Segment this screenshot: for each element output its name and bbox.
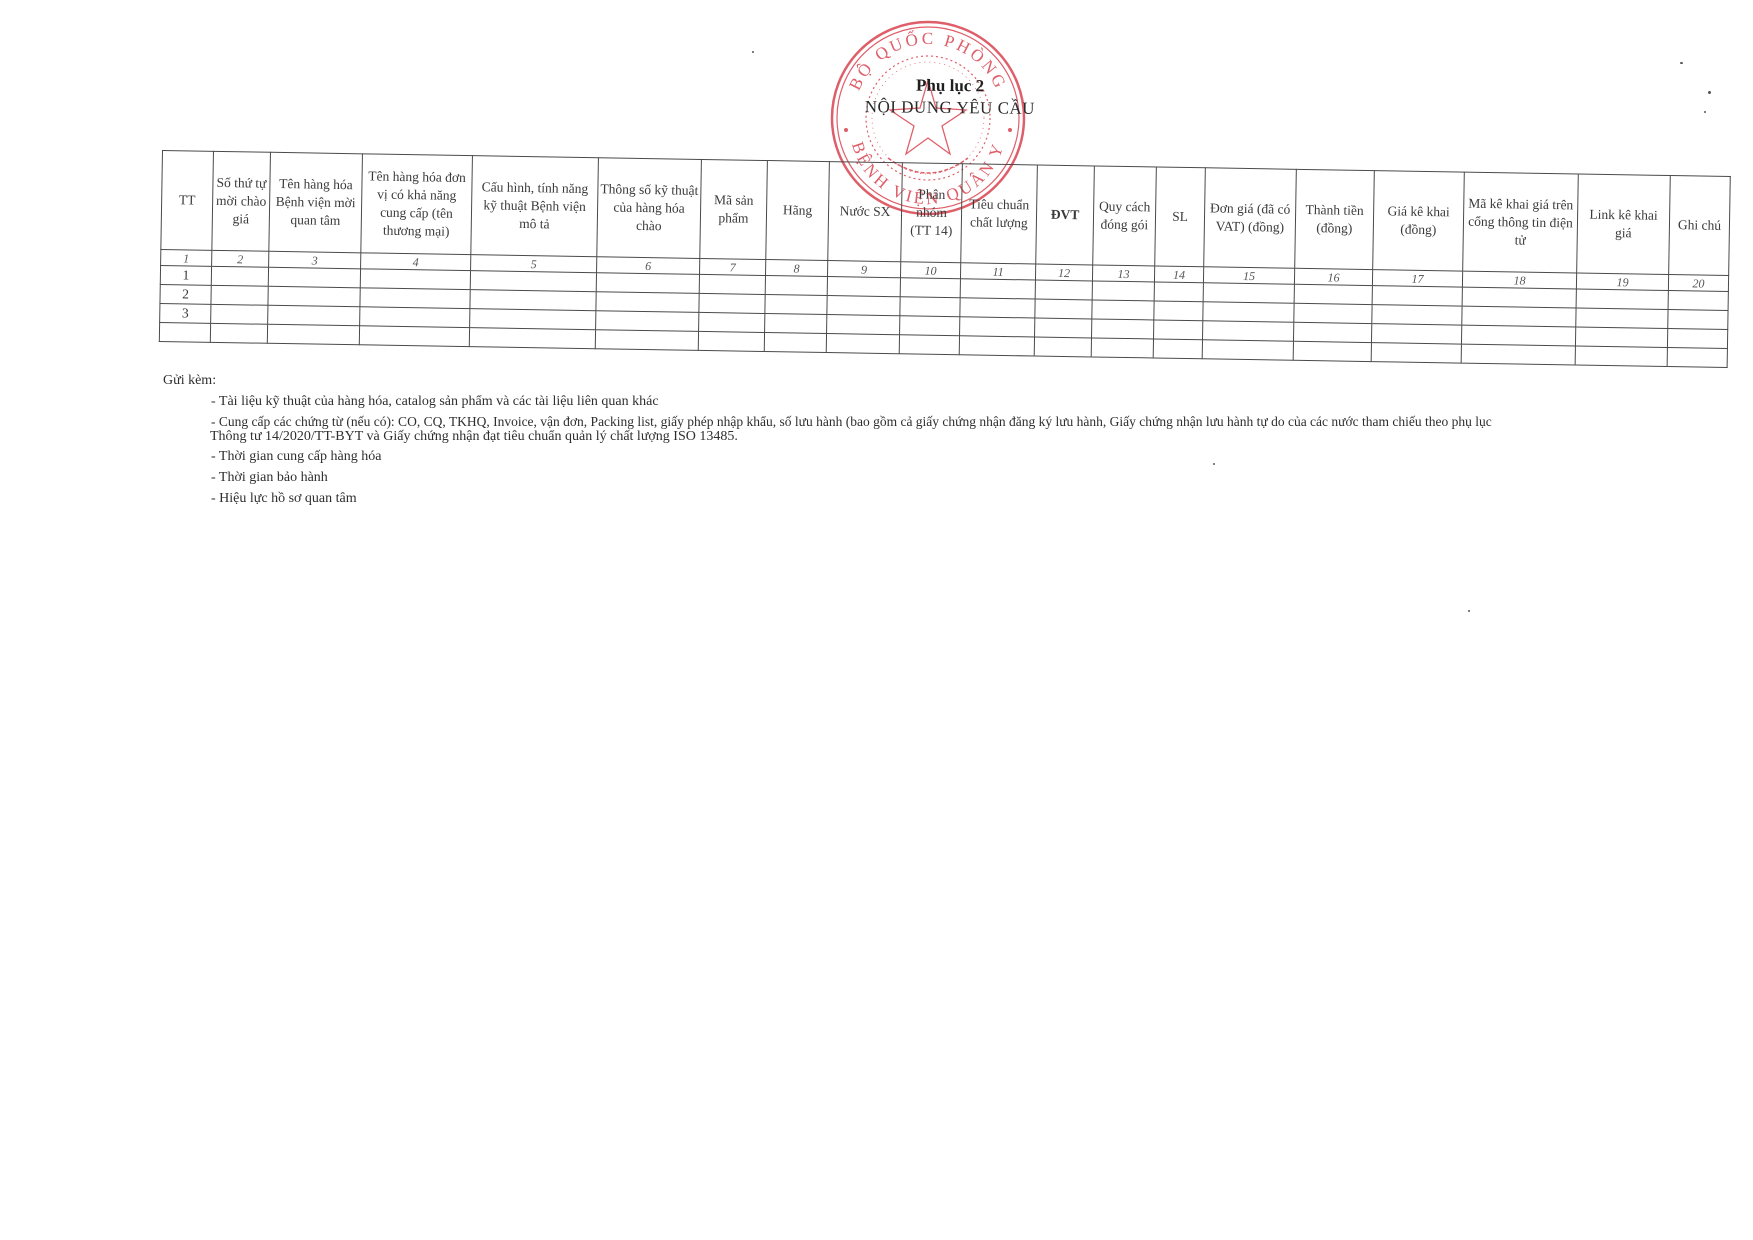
table-cell [900,316,960,336]
table-cell [765,276,827,296]
table-cell [1092,281,1154,301]
table-cell [1461,344,1575,365]
table-cell [360,307,470,328]
column-number: 18 [1462,271,1576,289]
table-cell [596,311,699,332]
scan-speck [1704,111,1706,113]
table-cell [826,334,899,354]
table-cell [1462,287,1576,308]
table-cell [827,296,900,316]
table-cell [469,328,595,349]
document-subtitle: NỘI DUNG YÊU CẦU [820,97,1080,120]
column-number: 16 [1294,268,1372,285]
table-cell [1667,328,1727,348]
table-cell [268,267,360,288]
table-cell [900,297,960,317]
table-cell [765,295,827,315]
column-number: 6 [597,257,700,275]
attachment-item: - Thời gian cung cấp hàng hóa [211,449,1723,465]
table-cell [1293,322,1371,342]
table-cell [1576,308,1668,329]
table-cell [1294,284,1372,304]
attachment-item-continuation: Thông tư 14/2020/TT-BYT và Giấy chứng nh… [210,430,1723,444]
table-cell [1035,318,1092,338]
table-cell [1462,306,1576,327]
attachment-item: - Thời gian bảo hành [211,470,1723,486]
table-cell [211,285,268,305]
attachment-item: - Cung cấp các chứng từ (nếu có): CO, CQ… [163,415,1723,444]
column-number: 17 [1372,270,1462,287]
table-cell [1154,301,1203,321]
table-cell [360,269,470,290]
table-cell [268,286,360,307]
table-cell [1372,286,1462,306]
appendix-title: Phụ lục 2 [820,75,1080,98]
table-cell [1034,337,1091,357]
table-cell [268,305,360,326]
column-header-declared-price: Giá kê khai (đồng) [1373,171,1465,271]
table-cell [1576,289,1668,310]
row-index [159,322,210,342]
column-header-price-declaration-link: Link kê khai giá [1577,174,1671,275]
attachments-list: - Tài liệu kỹ thuật của hàng hóa, catalo… [163,394,1723,507]
table-cell [1371,324,1461,344]
table-cell [596,292,699,313]
table-cell [1668,290,1728,310]
column-number: 14 [1154,266,1203,283]
column-number: 11 [960,263,1035,280]
column-number: 13 [1092,265,1154,282]
table-cell [1575,327,1667,348]
column-number: 7 [700,258,766,275]
table-cell [1153,339,1202,359]
requirements-table: TT Số thứ tự mời chào giá Tên hàng hóa B… [159,150,1731,368]
table-cell [1372,305,1462,325]
column-number: 15 [1203,267,1294,285]
table-cell [1294,303,1372,323]
table-cell [211,304,268,324]
table-cell [899,335,959,355]
table-cell [960,317,1035,337]
row-index: 2 [160,284,211,304]
table-cell [699,274,765,294]
column-header-unit-price: Đơn giá (đã có VAT) (đồng) [1204,168,1297,268]
table-cell [960,279,1035,299]
table-cell [698,331,764,351]
scan-speck [1680,62,1683,64]
column-number: 9 [827,261,900,278]
table-cell [1035,299,1092,319]
column-header-invitation-number: Số thứ tự mời chào giá [212,151,271,251]
column-header-product-code: Mã sản phẩm [700,159,768,259]
table-cell [210,323,267,343]
column-number: 3 [269,251,361,269]
column-header-quality-standard: Tiêu chuẩn chất lượng [961,164,1038,264]
column-header-supplier-trade-name: Tên hàng hóa đơn vị có khả năng cung cấp… [361,154,473,255]
table-cell [960,298,1035,318]
column-number: 1 [161,249,212,266]
table-cell [360,288,470,309]
column-header-unit: ĐVT [1036,165,1095,265]
table-cell [1203,302,1294,323]
table-cell [1575,346,1667,367]
scan-speck [1213,463,1215,465]
column-header-country-of-origin: Nước SX [828,162,903,262]
column-header-manufacturer: Hãng [766,161,830,261]
column-header-tt: TT [161,151,214,251]
scan-speck [1708,91,1711,94]
table-cell [764,333,826,353]
column-header-offered-spec: Thông số kỹ thuật của hàng hóa chào [597,158,702,259]
table-cell [470,309,596,330]
requirements-table-container: TT Số thứ tự mời chào giá Tên hàng hóa B… [159,150,1731,368]
scan-speck [1468,610,1470,612]
table-cell [1091,338,1153,358]
attachment-item: - Hiệu lực hồ sơ quan tâm [211,491,1723,507]
table-cell [959,336,1034,356]
column-number: 12 [1035,264,1092,281]
table-cell [1202,321,1293,342]
column-number: 19 [1576,273,1668,291]
table-cell [359,326,469,347]
column-header-packaging: Quy cách đóng gói [1093,166,1157,266]
table-cell [470,290,596,311]
column-number: 2 [212,250,269,267]
column-header-hospital-spec-description: Cấu hình, tính năng kỹ thuật Bệnh viện m… [471,156,599,257]
table-cell [1668,309,1728,329]
table-cell [1092,300,1154,320]
scanned-document-page: BỘ QUỐC PHÒNG BỆNH VIỆN QUÂN Y Phụ lục 2… [0,0,1753,1240]
table-cell [211,266,268,286]
column-number: 20 [1668,274,1728,291]
table-cell [699,293,765,313]
column-header-quantity: SL [1155,167,1206,267]
table-cell [1154,320,1203,340]
table-cell [595,330,698,351]
scan-speck [752,51,754,53]
table-cell [596,273,699,294]
table-cell [1203,283,1294,304]
table-cell [827,315,900,335]
table-cell [1154,282,1203,302]
table-cell [1035,280,1092,300]
row-index: 1 [160,265,211,285]
table-cell [1371,343,1461,363]
attachment-item: - Tài liệu kỹ thuật của hàng hóa, catalo… [211,394,1723,410]
row-index: 3 [160,303,211,323]
column-header-notes: Ghi chú [1669,176,1731,276]
table-cell [470,271,596,292]
column-number: 4 [361,253,471,271]
column-number: 10 [900,262,960,279]
table-cell [1202,340,1293,361]
table-cell [827,277,900,297]
document-title-block: Phụ lục 2 NỘI DUNG YÊU CẦU [820,75,1080,120]
table-cell [1667,347,1727,367]
table-cell [699,312,765,332]
table-cell [1293,341,1371,361]
column-header-hospital-item-name: Tên hàng hóa Bệnh viện mời quan tâm [269,152,363,253]
table-cell [765,314,827,334]
attachments-label: Gửi kèm: [163,373,1723,389]
table-cell [267,324,359,345]
table-cell [1092,319,1154,339]
table-cell [900,278,960,298]
attachments-notes: Gửi kèm: - Tài liệu kỹ thuật của hàng hó… [163,373,1723,512]
attachment-item-text: - Cung cấp các chứng từ (nếu có): CO, CQ… [211,414,1492,429]
column-header-price-declaration-code: Mã kê khai giá trên cổng thông tin điện … [1463,172,1579,273]
table-cell [1461,325,1575,346]
column-header-total-amount: Thành tiền (đồng) [1295,169,1375,269]
column-header-group-classification: Phân nhóm (TT 14) [901,163,963,263]
column-number: 8 [766,260,828,277]
